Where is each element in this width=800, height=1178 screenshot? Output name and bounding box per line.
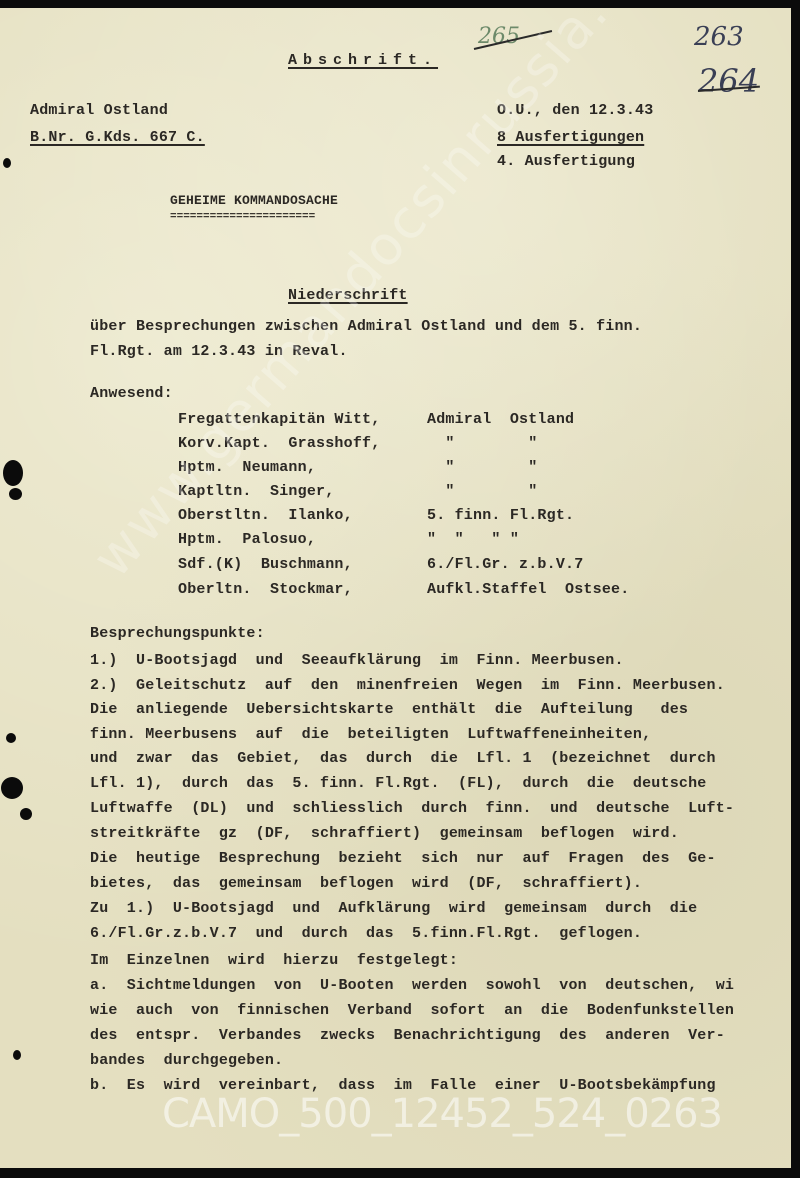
copy-number: 4. Ausfertigung <box>497 154 635 169</box>
punch-hole <box>6 733 16 743</box>
body-line: Lfl. 1), durch das 5. finn. Fl.Rgt. (FL)… <box>90 776 707 791</box>
attendee-unit: " " <box>427 484 537 499</box>
punch-hole <box>9 488 22 500</box>
punch-hole <box>20 808 32 820</box>
body-line: bietes, das gemeinsam beflogen wird (DF,… <box>90 876 642 891</box>
punch-hole <box>1 777 23 799</box>
attendee-name: Hptm. Palosuo, <box>178 532 316 547</box>
archive-id-watermark: CAMO_500_12452_524_0263 <box>162 1091 722 1137</box>
intro-line: über Besprechungen zwischen Admiral Ostl… <box>90 319 642 334</box>
attendee-unit: Aufkl.Staffel Ostsee. <box>427 582 629 597</box>
attendee-name: Oberstltn. Ilanko, <box>178 508 353 523</box>
body-line: Im Einzelnen wird hierzu festgelegt: <box>90 953 458 968</box>
attendees-label: Anwesend: <box>90 386 173 401</box>
body-line: und zwar das Gebiet, das durch die Lfl. … <box>90 751 716 766</box>
attendee-unit: 6./Fl.Gr. z.b.V.7 <box>427 557 583 572</box>
attendee-unit: 5. finn. Fl.Rgt. <box>427 508 574 523</box>
folio-number-struck: 264 <box>698 62 759 100</box>
body-line: a. Sichtmeldungen von U-Booten werden so… <box>90 978 734 993</box>
body-line: finn. Meerbusens auf die beteiligten Luf… <box>90 727 651 742</box>
document-page: 265 263 264 Abschrift. Admiral Ostland B… <box>0 8 791 1168</box>
classification-heading: GEHEIME KOMMANDOSACHE <box>170 194 338 207</box>
punch-hole <box>3 460 23 486</box>
attendee-name: Sdf.(K) Buschmann, <box>178 557 353 572</box>
body-line: Luftwaffe (DL) und schliesslich durch fi… <box>90 801 734 816</box>
body-line: bandes durchgegeben. <box>90 1053 283 1068</box>
reference-number: B.Nr. G.Kds. 667 C. <box>30 130 205 145</box>
classification-rule: ====================== <box>170 212 315 223</box>
attendee-name: Oberltn. Stockmar, <box>178 582 353 597</box>
sender-name: Admiral Ostland <box>30 103 168 118</box>
attendee-unit: " " <box>427 436 537 451</box>
points-label: Besprechungspunkte: <box>90 626 265 641</box>
attendee-unit: " " " " <box>427 532 519 547</box>
body-line: 2.) Geleitschutz auf den minenfreien Weg… <box>90 678 725 693</box>
body-line: streitkräfte gz (DF, schraffiert) gemein… <box>90 826 679 841</box>
body-line: Die anliegende Uebersichtskarte enthält … <box>90 702 688 717</box>
punch-hole <box>13 1050 21 1060</box>
body-line: 1.) U-Bootsjagd und Seeaufklärung im Fin… <box>90 653 624 668</box>
body-line: Die heutige Besprechung bezieht sich nur… <box>90 851 716 866</box>
folio-number-current: 263 <box>694 22 744 52</box>
attendee-unit: " " <box>427 460 537 475</box>
body-line: des entspr. Verbandes zwecks Benachricht… <box>90 1028 725 1043</box>
body-line: 6./Fl.Gr.z.b.V.7 und durch das 5.finn.Fl… <box>90 926 642 941</box>
attendee-unit: Admiral Ostland <box>427 412 574 427</box>
body-line: wie auch von finnischen Verband sofort a… <box>90 1003 734 1018</box>
body-line: Zu 1.) U-Bootsjagd und Aufklärung wird g… <box>90 901 697 916</box>
punch-hole <box>3 158 11 168</box>
document-title: Abschrift. <box>288 53 438 68</box>
